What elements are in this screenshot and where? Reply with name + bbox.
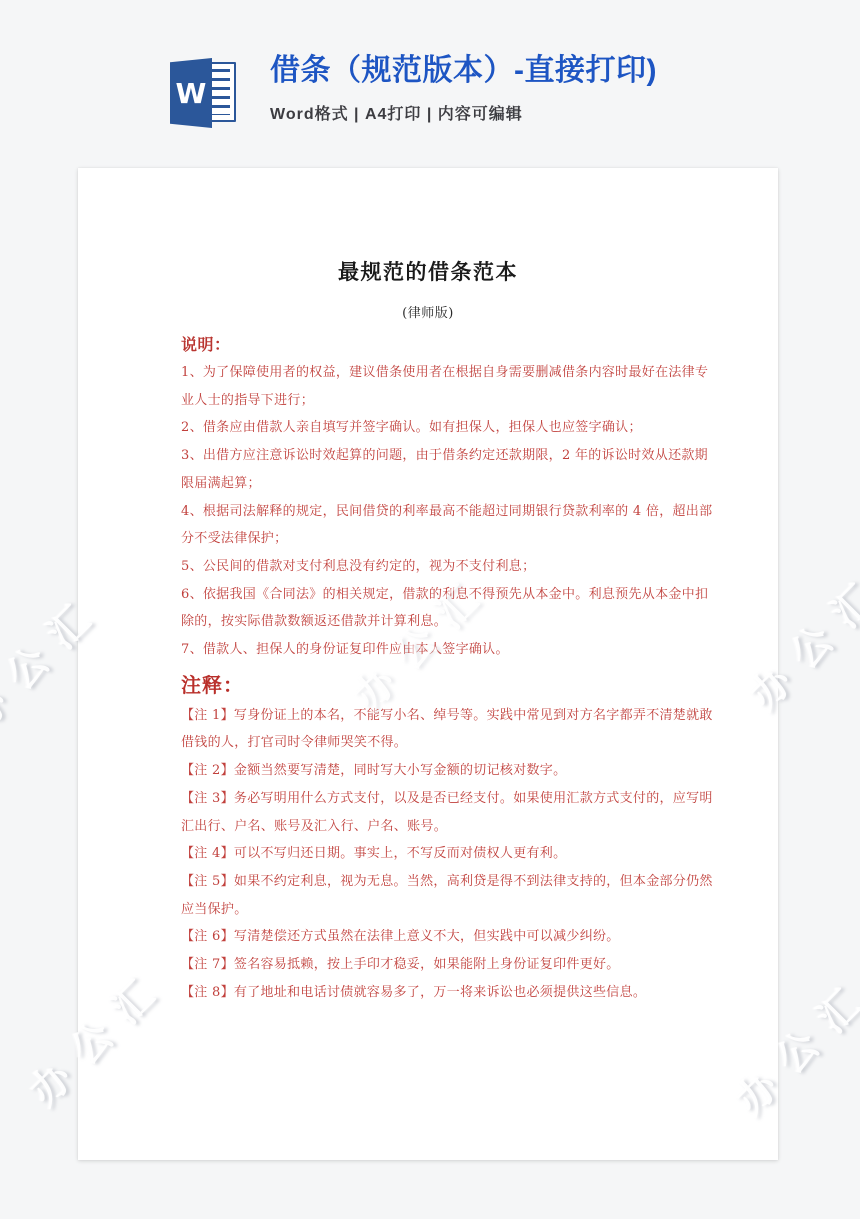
page-title: 借条（规范版本）-直接打印) <box>270 52 657 90</box>
doc-text-line: 【注 1】写身份证上的本名，不能写小名、绰号等。实践中常见到对方名字都弄不清楚就… <box>181 702 688 730</box>
doc-text-line: 7、借款人、担保人的身份证复印件应由本人签字确认。 <box>181 636 688 664</box>
document-preview-page: 最规范的借条范本 (律师版) 说明： 1、为了保障使用者的权益，建议借条使用者在… <box>78 168 778 1160</box>
doc-text-line: 5、公民间的借款对支付利息没有约定的，视为不支付利息； <box>181 553 688 581</box>
zhushi-text: 【注 1】写身份证上的本名，不能写小名、绰号等。实践中常见到对方名字都弄不清楚就… <box>181 702 688 1007</box>
doc-text-line: 除的，按实际借款数额返还借款并计算利息。 <box>181 608 688 636</box>
document-body: 说明： 1、为了保障使用者的权益，建议借条使用者在根据自身需要删减借条内容时最好… <box>181 331 688 1006</box>
doc-text-line: 【注 7】签名容易抵赖，按上手印才稳妥，如果能附上身份证复印件更好。 <box>181 951 688 979</box>
doc-text-line: 分不受法律保护； <box>181 525 688 553</box>
doc-text-line: 4、根据司法解释的规定，民间借贷的利率最高不能超过同期银行贷款利率的 4 倍，超… <box>181 498 688 526</box>
doc-text-line: 限届满起算； <box>181 470 688 498</box>
document-title: 最规范的借条范本 <box>78 256 778 286</box>
doc-text-line: 应当保护。 <box>181 896 688 924</box>
section-heading-shuoming: 说明： <box>181 331 688 359</box>
page: 办公汇 办公汇 办公汇 办公汇 办公汇 W 借条（规范版本）-直接打印) Wor… <box>0 0 860 1219</box>
shuoming-text: 1、为了保障使用者的权益，建议借条使用者在根据自身需要删减借条内容时最好在法律专… <box>181 359 688 664</box>
document-subtitle: (律师版) <box>78 302 778 321</box>
doc-text-line: 1、为了保障使用者的权益，建议借条使用者在根据自身需要删减借条内容时最好在法律专 <box>181 359 688 387</box>
doc-text-line: 【注 5】如果不约定利息，视为无息。当然，高利贷是得不到法律支持的，但本金部分仍… <box>181 868 688 896</box>
doc-text-line: 汇出行、户名、账号及汇入行、户名、账号。 <box>181 813 688 841</box>
doc-text-line: 【注 2】金额当然要写清楚，同时写大小写金额的切记核对数字。 <box>181 757 688 785</box>
doc-text-line: 借钱的人，打官司时令律师哭笑不得。 <box>181 729 688 757</box>
doc-text-line: 【注 8】有了地址和电话讨债就容易多了，万一将来诉讼也必须提供这些信息。 <box>181 979 688 1007</box>
doc-text-line: 3、出借方应注意诉讼时效起算的问题，由于借条约定还款期限，2 年的诉讼时效从还款… <box>181 442 688 470</box>
doc-text-line: 6、依据我国《合同法》的相关规定，借款的利息不得预先从本金中。利息预先从本金中扣 <box>181 581 688 609</box>
word-panel-icon: W <box>170 58 212 128</box>
doc-text-line: 2、借条应由借款人亲自填写并签字确认。如有担保人，担保人也应签字确认； <box>181 414 688 442</box>
section-heading-zhushi: 注释： <box>181 668 688 702</box>
doc-text-line: 【注 3】务必写明用什么方式支付，以及是否已经支付。如果使用汇款方式支付的，应写… <box>181 785 688 813</box>
word-icon-letter: W <box>176 77 207 110</box>
page-subtitle: Word格式 | A4打印 | 内容可编辑 <box>270 101 657 124</box>
doc-text-line: 业人士的指导下进行； <box>181 387 688 415</box>
doc-text-line: 【注 4】可以不写归还日期。事实上，不写反而对债权人更有利。 <box>181 840 688 868</box>
word-icon: W <box>170 58 236 128</box>
header-text-block: 借条（规范版本）-直接打印) Word格式 | A4打印 | 内容可编辑 <box>270 52 657 124</box>
doc-text-line: 【注 6】写清楚偿还方式虽然在法律上意义不大，但实践中可以减少纠纷。 <box>181 923 688 951</box>
page-header: W 借条（规范版本）-直接打印) Word格式 | A4打印 | 内容可编辑 <box>170 52 657 128</box>
